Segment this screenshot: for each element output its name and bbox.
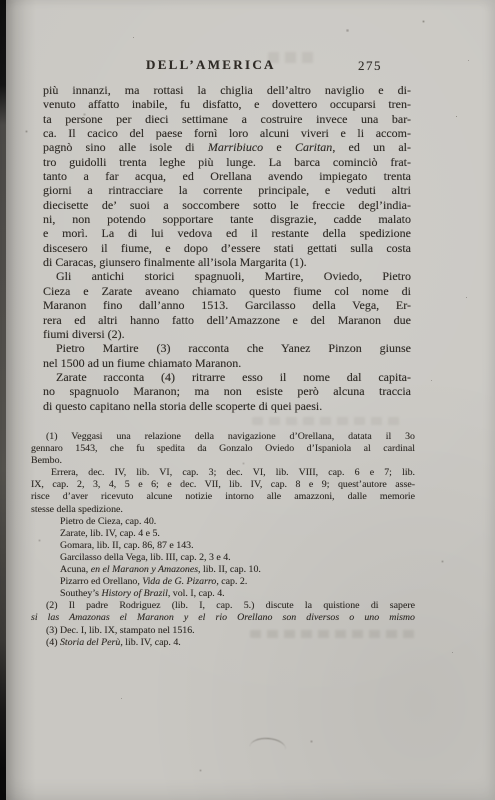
body-line: no spagnuolo Maranon; ma non esiste però… (43, 384, 411, 398)
body-line: ni, non potendo sopportare tante disgraz… (43, 212, 411, 226)
body-line: ta persone per dieci settimane a costrui… (43, 112, 411, 126)
body-text: più innanzi, ma rottasi la chiglia dell’… (43, 83, 411, 413)
running-header: DELL’AMERICA 275 (43, 57, 411, 74)
footnote-line: Acuna, en el Maranon y Amazones, lib. II… (31, 564, 415, 576)
footnote-line: Pizarro ed Orellano, Vida de G. Pizarro,… (31, 576, 415, 588)
body-line: Gli antichi storici spagnuoli, Martire, … (43, 269, 411, 283)
body-line: diecisette de’ suoi a soccombere sotto l… (43, 198, 411, 212)
body-line: nel 1500 ad un fiume chiamato Maranon. (43, 356, 411, 370)
body-line: Cieza e Zarate aveano chiamato questo fi… (43, 284, 411, 298)
footnote-line: (3) Dec. I, lib. IX, stampato nel 1516. (31, 625, 415, 637)
body-line: ca. Il cacico del paese fornì loro alcun… (43, 126, 411, 140)
page-number: 275 (358, 58, 382, 74)
footnote-line: Pietro de Cieza, cap. 40. (31, 516, 415, 528)
footnote-line: risce d’aver ricevuto alcune notizie int… (31, 491, 415, 503)
body-line: e morì. La di lui vedova ed il restante … (43, 226, 411, 240)
running-header-title: DELL’AMERICA (146, 57, 276, 73)
footnote-line: (1) Veggasi una relazione della navigazi… (31, 431, 415, 443)
body-line: tro guidolli trenta leghe più lunge. La … (43, 155, 411, 169)
footnote-line: si las Amazonas el Maranon y el rio Orel… (31, 612, 415, 624)
footnote-line: (4) Storia del Perù, lib. IV, cap. 4. (31, 637, 415, 649)
footnote-line: Gomara, lib. II, cap. 86, 87 e 143. (31, 540, 415, 552)
body-line: venuto affatto inabile, fu disfatto, e d… (43, 97, 411, 111)
body-line: giorni a rintracciare la corrente princi… (43, 183, 411, 197)
body-line: pagnò sino alle isole di Marribiuco e Ca… (43, 140, 411, 154)
body-line: di questo capitano nella storia delle sc… (43, 399, 411, 413)
footnote-line: Garcilasso della Vega, lib. III, cap. 2,… (31, 552, 415, 564)
footnote-line: Southey’s History of Brazil, vol. I, cap… (31, 588, 415, 600)
body-line: di Caracas, giunsero finalmente all’isol… (43, 255, 411, 269)
footnote-line: (2) Il padre Rodriguez (lib. I, cap. 5.)… (31, 600, 415, 612)
body-line: più innanzi, ma rottasi la chiglia dell’… (43, 83, 411, 97)
ink-bleed-smudge (252, 417, 402, 425)
body-line: Maranon fino dall’anno 1513. Garcilasso … (43, 298, 411, 312)
body-line: rera ed altri hanno fatto dell’Amazzone … (43, 313, 411, 327)
body-line: tanto a far acqua, ed Orellana avendo im… (43, 169, 411, 183)
footnotes: (1) Veggasi una relazione della navigazi… (31, 431, 415, 649)
body-line: Pietro Martire (3) racconta che Yanez Pi… (43, 341, 411, 355)
scan-specks (0, 0, 1, 1)
footnote-line: IX, cap. 2, 3, 4, 5 e 6; e dec. VII, lib… (31, 479, 415, 491)
footnote-line: stesse della spedizione. (31, 504, 415, 516)
body-line: Zarate racconta (4) ritrarre esso il nom… (43, 370, 411, 384)
footnote-line: gennaro 1543, che fu spedita da Gonzalo … (31, 443, 415, 455)
scanned-book-page: DELL’AMERICA 275 più innanzi, ma rottasi… (0, 0, 495, 800)
footnote-line: Zarate, lib. IV, cap. 4 e 5. (31, 528, 415, 540)
book-binding-shadow (6, 0, 36, 800)
footnote-line: Bembo. (31, 455, 415, 467)
body-line: discesero il fiume, e dopo d’essere stat… (43, 241, 411, 255)
pen-mark (250, 737, 287, 749)
footnote-line: Errera, dec. IV, lib. VI, cap. 3; dec. V… (31, 467, 415, 479)
body-line: fiumi diversi (2). (43, 327, 411, 341)
